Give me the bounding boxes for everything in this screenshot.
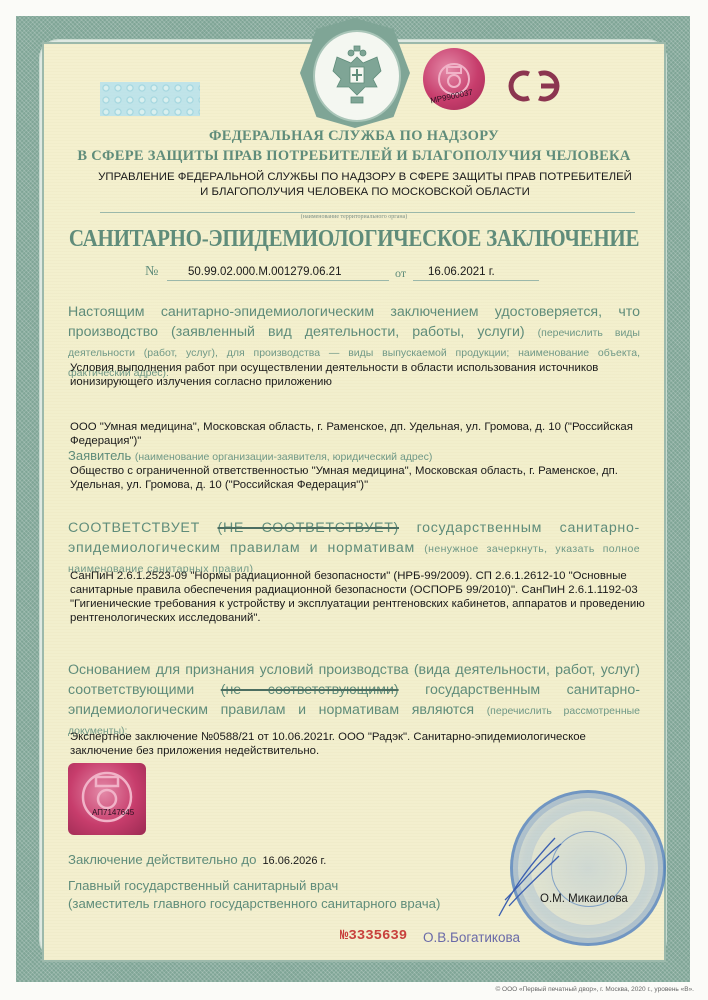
document-number-row: № 50.99.02.000.М.001279.06.21 от 16.06.2… (145, 264, 545, 282)
object-address-value: ООО "Умная медицина", Московская область… (70, 420, 645, 448)
eagle-icon (327, 43, 387, 109)
org-underline (100, 212, 635, 213)
basis-struck: (не соответствующими) (221, 682, 399, 698)
number-underline (167, 280, 389, 281)
number-symbol: № (145, 264, 158, 280)
document-number: 50.99.02.000.М.001279.06.21 (188, 266, 341, 278)
territorial-department: УПРАВЛЕНИЕ ФЕДЕРАЛЬНОЙ СЛУЖБЫ ПО НАДЗОРУ… (95, 170, 635, 200)
basis-paragraph: Основанием для признания условий произво… (68, 660, 640, 740)
applicant-label-row: Заявитель (наименование организации-заяв… (68, 446, 640, 466)
signer-name: О.М. Микаилова (540, 893, 628, 905)
agency-name-line2: В СФЕРЕ ЗАЩИТЫ ПРАВ ПОТРЕБИТЕЛЕЙ И БЛАГО… (0, 148, 708, 165)
applicant-value: Общество с ограниченной ответственностью… (70, 464, 645, 492)
hologram-sticker (68, 763, 146, 835)
activity-value: Условия выполнения работ при осуществлен… (70, 361, 645, 389)
basis-value: Экспертное заключение №0588/21 от 10.06.… (70, 730, 645, 758)
doctor-title-line2: (заместитель главного государственного с… (68, 895, 440, 913)
issue-date: 16.06.2021 г. (428, 266, 495, 278)
applicant-hint: (наименование организации-заявителя, юри… (135, 451, 432, 463)
conforms-text: СООТВЕТСТВУЕТ (68, 520, 200, 536)
from-label: от (395, 266, 406, 281)
document-title: САНИТАРНО-ЭПИДЕМИОЛОГИЧЕСКОЕ ЗАКЛЮЧЕНИЕ (0, 224, 708, 253)
se-logo-icon (503, 68, 567, 104)
double-headed-eagle-emblem-icon (313, 30, 401, 122)
applicant-label: Заявитель (68, 448, 131, 463)
hologram-sticker-serial: АП7147645 (92, 808, 134, 817)
validity-label: Заключение действительно до (68, 852, 256, 867)
printer-copyright: © ООО «Первый печатный двор», г. Москва,… (495, 986, 694, 993)
issuer-name: О.В.Богатикова (423, 930, 520, 945)
validity-row: Заключение действительно до16.06.2026 г. (68, 852, 326, 867)
org-hint: (наименование территориального органа) (0, 214, 708, 220)
doctor-title-line1: Главный государственный санитарный врач (68, 877, 440, 895)
security-strip (100, 82, 200, 116)
agency-name-line1: ФЕДЕРАЛЬНАЯ СЛУЖБА ПО НАДЗОРУ (0, 128, 708, 145)
norms-value: СанПиН 2.6.1.2523-09 "Нормы радиационной… (70, 569, 645, 625)
blank-serial-number: №3335639 (340, 928, 407, 944)
doctor-title: Главный государственный санитарный врач … (68, 877, 440, 913)
signature-icon (495, 830, 565, 920)
hologram-logo-icon (68, 763, 146, 835)
not-conforms-struck: (НЕ СООТВЕТСТВУЕТ) (218, 520, 399, 536)
date-underline (413, 280, 539, 281)
validity-date: 16.06.2026 г. (262, 855, 326, 867)
